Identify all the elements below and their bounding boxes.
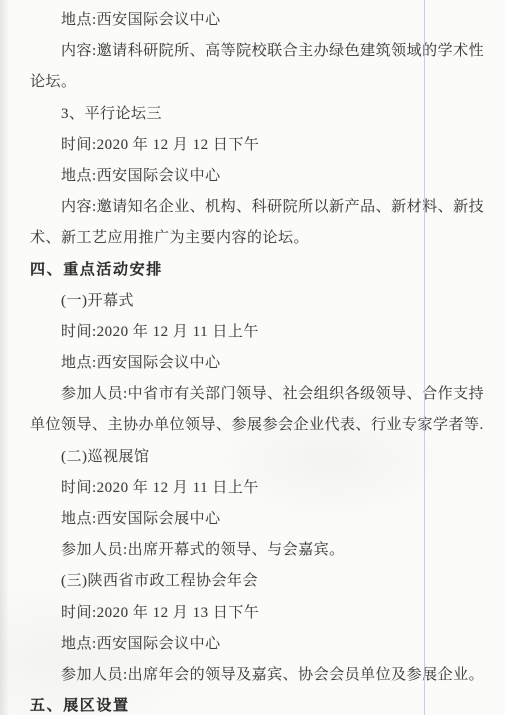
scanned-document-page: 地点:西安国际会议中心内容:邀请科研院所、高等院校联合主办绿色建筑领域的学术性论… bbox=[0, 0, 505, 715]
section-heading: 四、重点活动安排 bbox=[30, 255, 500, 286]
scan-artifact-line bbox=[424, 0, 425, 715]
document-line: (三)陕西省市政工程协会年会 bbox=[30, 566, 500, 597]
document-line: 地点:西安国际会议中心 bbox=[30, 161, 500, 192]
document-line: 参加人员:出席年会的领导及嘉宾、协会会员单位及参展企业。 bbox=[30, 660, 500, 691]
document-line: 参加人员:中省市有关部门领导、社会组织各级领导、合作支持 bbox=[30, 379, 500, 410]
document-line: 术、新工艺应用推广为主要内容的论坛。 bbox=[30, 223, 500, 254]
document-line: 参加人员:出席开幕式的领导、与会嘉宾。 bbox=[30, 535, 500, 566]
page-edge-shade bbox=[0, 0, 9, 715]
document-line: (二)巡视展馆 bbox=[30, 442, 500, 473]
document-line: 地点:西安国际会议中心 bbox=[30, 348, 500, 379]
document-line: 地点:西安国际会议中心 bbox=[30, 5, 500, 36]
document-line: 时间:2020 年 12 月 11 日上午 bbox=[30, 317, 500, 348]
document-line: 地点:西安国际会议中心 bbox=[30, 629, 500, 660]
document-line: (一)开幕式 bbox=[30, 286, 500, 317]
document-line: 时间:2020 年 12 月 11 日上午 bbox=[30, 473, 500, 504]
document-line: 论坛。 bbox=[30, 67, 500, 98]
document-line: 3、平行论坛三 bbox=[30, 99, 500, 130]
document-line: 地点:西安国际会展中心 bbox=[30, 504, 500, 535]
document-line: 内容:邀请知名企业、机构、科研院所以新产品、新材料、新技 bbox=[30, 192, 500, 223]
document-line: 时间:2020 年 12 月 13 日下午 bbox=[30, 598, 500, 629]
section-heading: 五、展区设置 bbox=[30, 691, 500, 715]
document-line: 时间:2020 年 12 月 12 日下午 bbox=[30, 130, 500, 161]
document-body: 地点:西安国际会议中心内容:邀请科研院所、高等院校联合主办绿色建筑领域的学术性论… bbox=[30, 5, 500, 715]
document-line: 单位领导、主协办单位领导、参展参会企业代表、行业专家学者等. bbox=[30, 410, 500, 441]
document-line: 内容:邀请科研院所、高等院校联合主办绿色建筑领域的学术性 bbox=[30, 36, 500, 67]
